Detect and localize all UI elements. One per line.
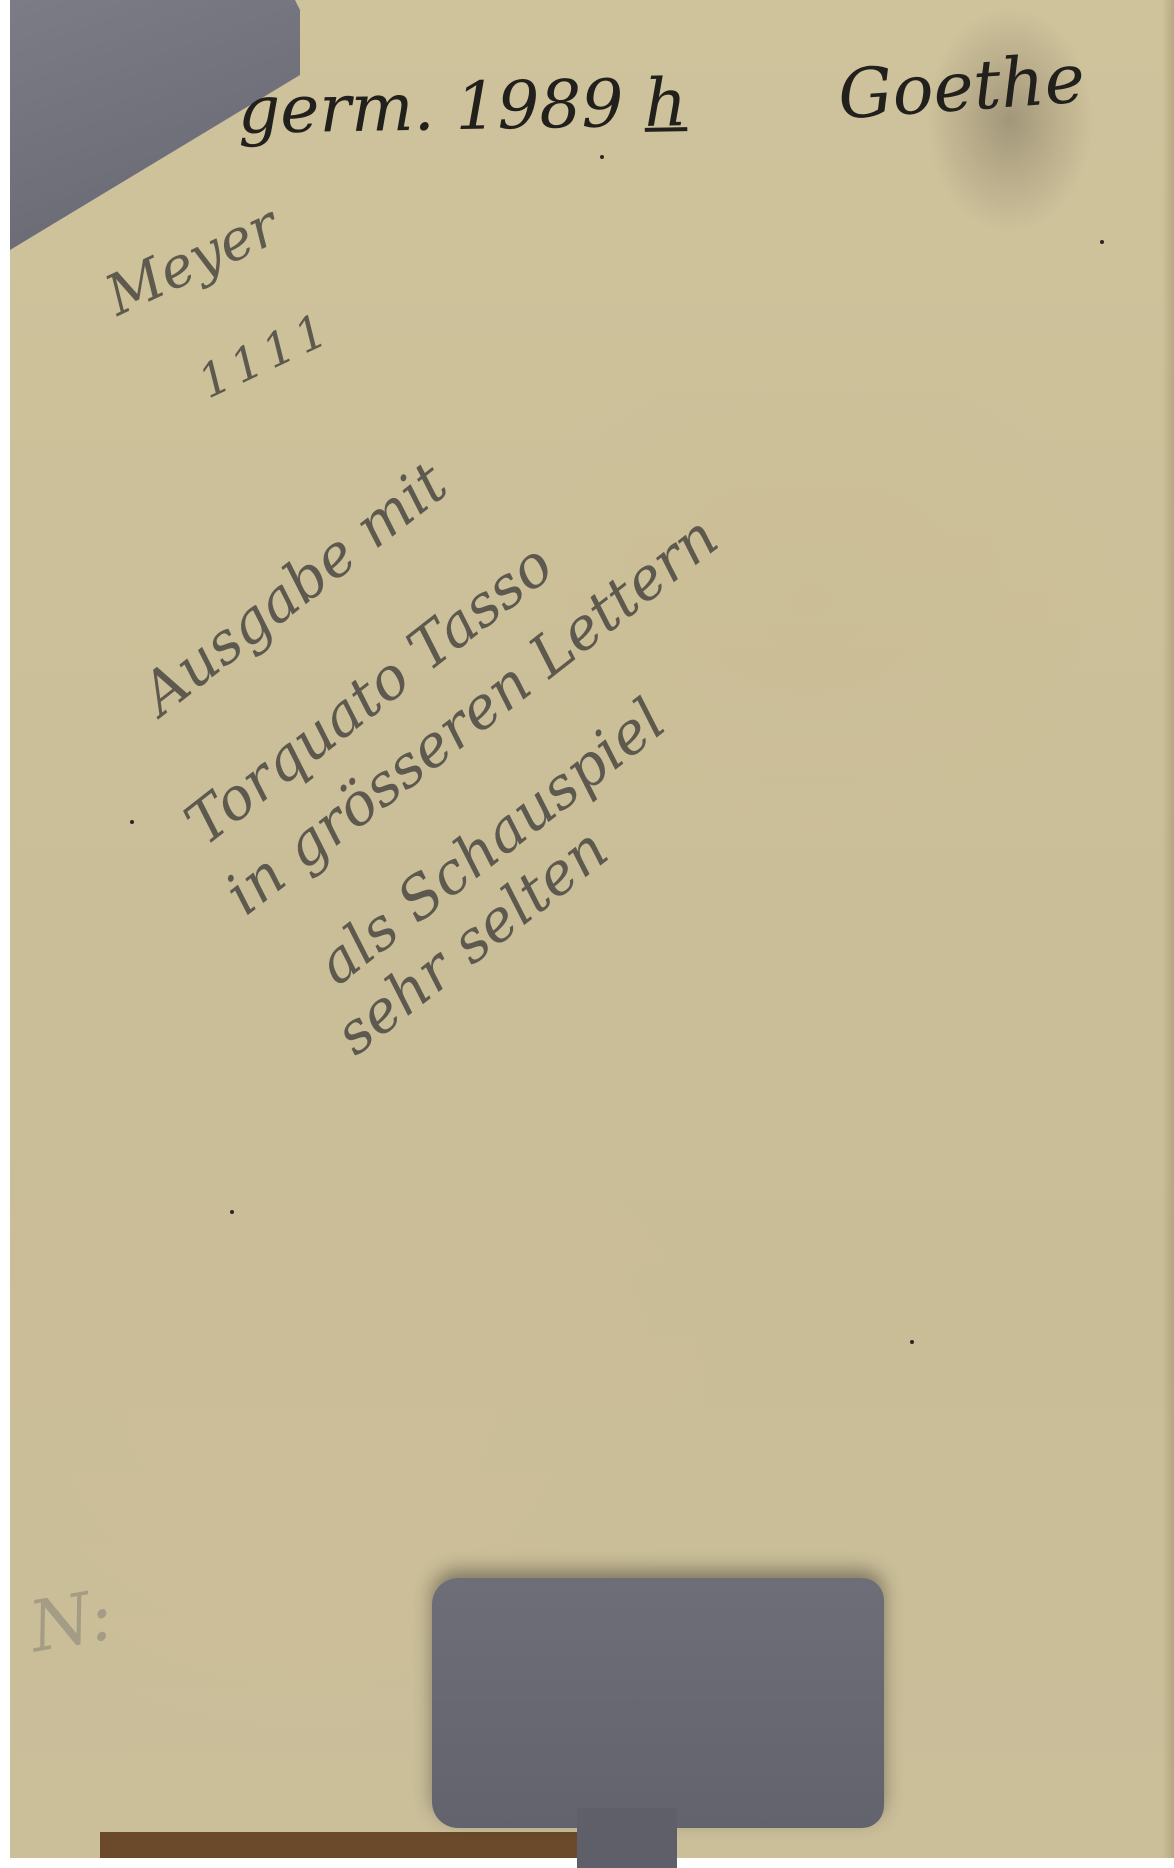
shelfmark: germ. 1989 h xyxy=(237,64,687,149)
clip-head xyxy=(432,1578,884,1828)
corner-mark: N: xyxy=(24,1573,119,1668)
clip-stem xyxy=(577,1808,677,1868)
ink-speck xyxy=(1100,240,1104,244)
page-edge xyxy=(1162,0,1174,1858)
ink-speck xyxy=(130,820,134,824)
shelfmark-suffix: h xyxy=(644,64,688,142)
bottom-page-clip xyxy=(432,1568,892,1858)
ink-speck xyxy=(910,1340,914,1344)
shelfmark-number: germ. 1989 xyxy=(237,65,624,149)
ink-speck xyxy=(600,155,604,159)
ink-speck xyxy=(230,1210,234,1214)
